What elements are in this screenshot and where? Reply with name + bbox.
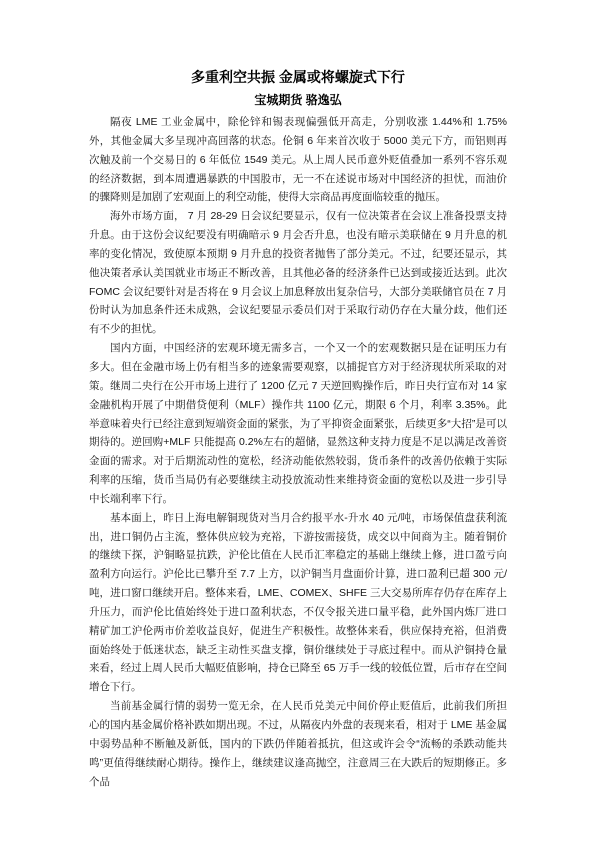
doc-body: 隔夜 LME 工业金属中，除伦锌和锡表现偏强低开高走，分别收涨 1.44%和 1… (89, 113, 507, 791)
paragraph: 当前基金属行情的弱势一览无余，在人民币兑美元中间价停止贬值后，此前我们所担心的国… (89, 697, 507, 791)
paragraph: 国内方面，中国经济的宏观环境无需多言，一个又一个的宏观数据只是在证明压力有多大。… (89, 339, 507, 509)
doc-byline: 宝城期货 骆逸弘 (89, 90, 507, 110)
doc-title: 多重利空共振 金属或将螺旋式下行 (89, 66, 507, 89)
paragraph: 基本面上，昨日上海电解铜现货对当月合约报平水-升水 40 元/吨，市场保值盘获利… (89, 509, 507, 697)
paragraph: 海外市场方面， 7 月 28-29 日会议纪要显示，仅有一位决策者在会议上准备投… (89, 207, 507, 339)
document-page: 多重利空共振 金属或将螺旋式下行 宝城期货 骆逸弘 隔夜 LME 工业金属中，除… (0, 0, 595, 842)
paragraph: 隔夜 LME 工业金属中，除伦锌和锡表现偏强低开高走，分别收涨 1.44%和 1… (89, 113, 507, 207)
